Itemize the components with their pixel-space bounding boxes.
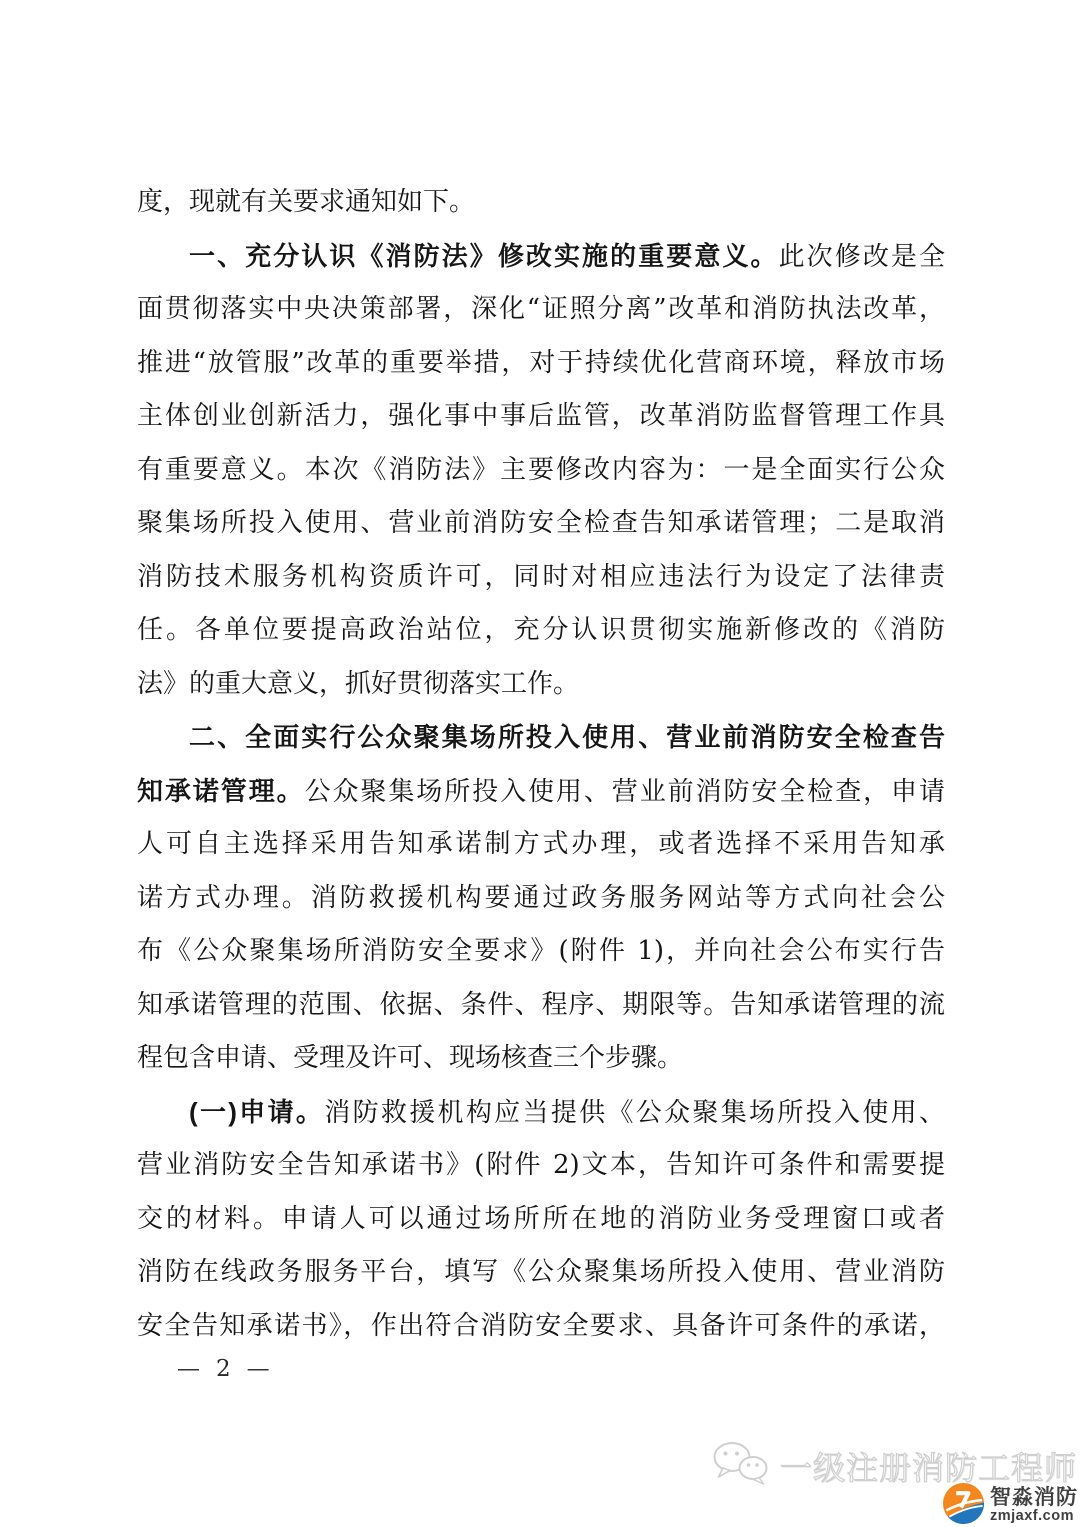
text-line: 主体创业创新活力，强化事中事后监管，改革消防监督管理工作具 [137,390,945,444]
text-line: (一)申请。消防救援机构应当提供《公众聚集场所投入使用、 [137,1086,945,1140]
body-segment: 此次修改是全 [779,242,945,272]
text-line: 聚集场所投入使用、营业前消防安全检查告知承诺管理；二是取消 [137,497,945,551]
text-line: 推进“放管服”改革的重要举措，对于持续优化营商环境，释放市场 [137,337,945,391]
body-segment: 公众聚集场所投入使用、营业前消防安全检查，申请 [305,777,945,807]
body-segment: 任。各单位要提高政治站位，充分认识贯彻实施新修改的《消防 [137,615,945,645]
text-line: 任。各单位要提高政治站位，充分认识贯彻实施新修改的《消防 [137,604,945,658]
body-segment: 程包含申请、受理及许可、现场核查三个步骤。 [137,1043,683,1073]
text-line: 营业消防安全告知承诺书》(附件 2)文本，告知许可条件和需要提 [137,1139,945,1193]
text-line: 消防技术服务机构资质许可，同时对相应违法行为设定了法律责 [137,551,945,605]
text-line: 安全告知承诺书》，作出符合消防安全要求、具备许可条件的承诺， [137,1300,945,1354]
text-line: 度，现就有关要求通知如下。 [137,176,945,230]
document-body: 度，现就有关要求通知如下。一、充分认识《消防法》修改实施的重要意义。此次修改是全… [137,176,945,1353]
body-segment: 诺方式办理。消防救援机构要通过政务服务网站等方式向社会公 [137,883,945,913]
text-line: 人可自主选择采用告知承诺制方式办理，或者选择不采用告知承 [137,818,945,872]
body-segment: 知承诺管理的范围、依据、条件、程序、期限等。告知承诺管理的流 [137,990,945,1020]
heading-segment: 二、全面实行公众聚集场所投入使用、营业前消防安全检查告 [189,722,945,752]
text-line: 面贯彻落实中央决策部署，深化“证照分离”改革和消防执法改革， [137,283,945,337]
text-line: 诺方式办理。消防救援机构要通过政务服务网站等方式向社会公 [137,872,945,926]
body-segment: 消防救援机构应当提供《公众聚集场所投入使用、 [324,1098,945,1128]
body-segment: 交的材料。申请人可以通过场所所在地的消防业务受理窗口或者 [137,1204,945,1234]
zhimiao-logo: 智淼消防 zmjaxf.com [942,1482,1078,1527]
page-number-dash-right: — [247,1356,272,1382]
body-segment: 营业消防安全告知承诺书》(附件 2)文本，告知许可条件和需要提 [137,1150,945,1180]
page-number-value: 2 [216,1356,233,1382]
text-line: 法》的重大意义，抓好贯彻落实工作。 [137,658,945,712]
body-segment: 推进“放管服”改革的重要举措，对于持续优化营商环境，释放市场 [137,348,945,378]
text-line: 消防在线政务服务平台，填写《公众聚集场所投入使用、营业消防 [137,1246,945,1300]
heading-segment: (一)申请。 [189,1097,324,1127]
body-segment: 法》的重大意义，抓好贯彻落实工作。 [137,669,579,699]
document-page: 度，现就有关要求通知如下。一、充分认识《消防法》修改实施的重要意义。此次修改是全… [0,0,1080,1527]
heading-segment: 知承诺管理。 [137,776,305,806]
body-segment: 面贯彻落实中央决策部署，深化“证照分离”改革和消防执法改革， [137,294,945,324]
zhimiao-logo-icon [942,1482,985,1527]
text-line: 程包含申请、受理及许可、现场核查三个步骤。 [137,1032,945,1086]
logo-url: zmjaxf.com [990,1509,1078,1524]
text-line: 二、全面实行公众聚集场所投入使用、营业前消防安全检查告 [137,711,945,765]
heading-segment: 一、充分认识《消防法》修改实施的重要意义。 [189,241,779,271]
body-segment: 安全告知承诺书》，作出符合消防安全要求、具备许可条件的承诺， [137,1311,945,1341]
text-line: 交的材料。申请人可以通过场所所在地的消防业务受理窗口或者 [137,1193,945,1247]
logo-name: 智淼消防 [990,1487,1078,1509]
page-number: —2— [163,1356,286,1382]
page-number-dash-left: — [177,1356,202,1382]
text-line: 一、充分认识《消防法》修改实施的重要意义。此次修改是全 [137,230,945,284]
text-line: 知承诺管理。公众聚集场所投入使用、营业前消防安全检查，申请 [137,765,945,819]
body-segment: 人可自主选择采用告知承诺制方式办理，或者选择不采用告知承 [137,829,945,859]
body-segment: 主体创业创新活力，强化事中事后监管，改革消防监督管理工作具 [137,401,945,431]
body-segment: 消防技术服务机构资质许可，同时对相应违法行为设定了法律责 [137,562,945,592]
body-segment: 度，现就有关要求通知如下。 [137,187,475,217]
body-segment: 消防在线政务服务平台，填写《公众聚集场所投入使用、营业消防 [137,1257,945,1287]
text-line: 有重要意义。本次《消防法》主要修改内容为：一是全面实行公众 [137,444,945,498]
text-line: 布《公众聚集场所消防安全要求》(附件 1)，并向社会公布实行告 [137,925,945,979]
wechat-icon [710,1438,772,1494]
text-line: 知承诺管理的范围、依据、条件、程序、期限等。告知承诺管理的流 [137,979,945,1033]
body-segment: 有重要意义。本次《消防法》主要修改内容为：一是全面实行公众 [137,455,945,485]
body-segment: 布《公众聚集场所消防安全要求》(附件 1)，并向社会公布实行告 [137,936,945,966]
body-segment: 聚集场所投入使用、营业前消防安全检查告知承诺管理；二是取消 [137,508,945,538]
